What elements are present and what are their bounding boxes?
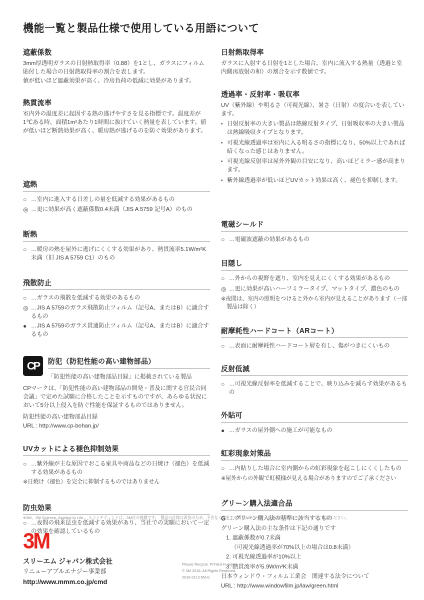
left-column: 遮蔽係数 3mm厚透明ガラスの日射熱取得率（0.88）を1とし、ガラスにフィルム… [23, 47, 210, 591]
circle-icon: ○ [221, 235, 229, 244]
filled-circle-icon: ● [221, 426, 229, 435]
section-heading: 防犯（防犯性能の高い建物部品） [48, 356, 210, 366]
section-heading: 反射低減 [221, 364, 408, 374]
circle-icon: ○ [23, 246, 31, 263]
bullet-item: • 可視光線透過率は室内に入る明るさの指標になり、50%以上であれば暗くなった感… [221, 139, 408, 156]
legend-item: ● …ガラスの屋外側への施工が可能なもの [221, 426, 408, 435]
section-heading: 防虫効果 [23, 503, 210, 513]
section-heading: 電磁シールド [221, 219, 408, 229]
circle-icon: ○ [221, 380, 229, 397]
legend-item: ○ …内貼りした場合に室内側からの虹彩現象を起こしにくくしたもの [221, 464, 408, 473]
legend-item: ○ …電磁波遮蔽の効果があるもの [221, 235, 408, 244]
body-text: ガラスに入射する日射を1とした場合、室内に流入する熱量（透過と室内側再放射の和）… [221, 60, 408, 77]
intro-text: UV（紫外線）や明るさ（可視光線）、暑さ（日射）の度合いを表しています。 [221, 101, 408, 118]
legend-text: …表面に耐摩耗性ハードコート層を有し、傷がつきにくいもの [229, 342, 408, 351]
heading-rule [48, 368, 210, 369]
document-page: 機能一覧と製品仕様で使用している用語について 遮蔽係数 3mm厚透明ガラスの日射… [0, 0, 424, 600]
legend-text: …内貼りした場合に室内側からの虹彩現象を起こしにくくしたもの [229, 464, 408, 473]
section-solar-heat-gain: 日射熱取得率 ガラスに入射する日射を1とした場合、室内に流入する熱量（透過と室内… [221, 47, 408, 77]
section-heat-shield: 遮熱 ○ …室内に進入する日差しの量を低減する効果があるもの ◎ …更に効果が高… [23, 179, 210, 214]
legend-item: ◎ …更に効果が高く遮蔽係数0.4未満（JIS A 5759 記号A）のもの [23, 205, 210, 214]
legend-item: ○ …表面に耐摩耗性ハードコート層を有し、傷がつきにくいもの [221, 342, 408, 351]
recycle-note: Please Recycle. Printed in Japan. [182, 562, 238, 568]
section-heading: 遮熱 [23, 179, 210, 189]
copyright-note: © 3M 2016. All Rights Reserved. [182, 568, 238, 574]
heading-rule [221, 337, 408, 338]
section-heading: UVカットによる褪色抑制効果 [23, 443, 210, 453]
footnote-text: ※夜間は、室内の照明をつけると外から室内が見えることがあります（一部製品は除く） [221, 295, 408, 311]
legend-text: …電磁波遮蔽の効果があるもの [229, 235, 408, 244]
legend-item: ● …JIS A 5759のガラス貫通防止フィルム（記号A、またはB）に適合する… [23, 322, 210, 339]
circle-icon: ○ [23, 195, 31, 204]
filled-circle-icon: ● [23, 322, 31, 339]
section-heading: 遮蔽係数 [23, 47, 210, 57]
section-shading-coefficient: 遮蔽係数 3mm厚透明ガラスの日射熱取得率（0.88）を1とし、ガラスにフィルム… [23, 47, 210, 85]
legend-text: …暖房の熱を屋外に逃げにくくする効果があり、熱貫流率5.1W/m²K未満（旧 J… [31, 246, 210, 263]
legend-item: ◎ …更に効果が高いハーフミラータイプ、マットタイプ、濃色のもの [221, 285, 408, 294]
heading-rule [221, 422, 408, 423]
legend-text: …JIS A 5759のガラス貫通防止フィルム（記号A、またはB）に適合するもの [31, 322, 210, 339]
double-circle-icon: ◎ [23, 205, 31, 214]
double-circle-icon: ◎ [23, 304, 31, 321]
bullet-item: • 日射反射率の大きい製品は熱線反射タイプ、日射吸収率の大きい製品は熱線吸収タイ… [221, 120, 408, 137]
page-content: 機能一覧と製品仕様で使用している用語について 遮蔽係数 3mm厚透明ガラスの日射… [0, 0, 424, 591]
legend-text: …更に効果が高く遮蔽係数0.4未満（JIS A 5759 記号A）のもの [31, 205, 210, 214]
section-heading: 透過率・反射率・吸収率 [221, 89, 408, 99]
section-exterior-application: 外貼可 ● …ガラスの屋外側への施工が可能なもの [221, 410, 408, 435]
heading-rule [221, 510, 408, 511]
legend-item: ○ …ガラスの飛散を低減する効果のあるもの [23, 294, 210, 303]
legend-text: …可視光線反射率を低減することで、映り込みを減らす効果があるもの [229, 380, 408, 397]
body-text: CPマークは、「防犯性能の高い建物部品の開発・普及に関する官民合同会議」で定めた… [23, 384, 210, 410]
heading-rule [221, 270, 408, 271]
heading-rule [221, 376, 408, 377]
legend-text: …ガラスの屋外側への施工が可能なもの [229, 426, 408, 435]
page-footer: ※3M、3M Science. Applied to Life.、スコッチティン… [23, 515, 406, 600]
3m-logo: 3M [23, 530, 49, 552]
section-crime-prevention: CP 防犯（防犯性能の高い建物部品） 「防犯性能の高い建物部品目録」に掲載されて… [23, 356, 210, 431]
url-text: URL : http://www.cp-bohan.jp/ [23, 422, 210, 431]
print-info: Please Recycle. Printed in Japan. © 3M 2… [182, 562, 238, 581]
circle-icon: ○ [221, 464, 229, 473]
section-transmittance-reflectance: 透過率・反射率・吸収率 UV（紫外線）や明るさ（可視光線）、暑さ（日射）の度合い… [221, 89, 408, 185]
section-heading: 外貼可 [221, 410, 408, 420]
two-column-layout: 遮蔽係数 3mm厚透明ガラスの日射熱取得率（0.88）を1とし、ガラスにフィルム… [23, 47, 404, 591]
legend-item: ○ …暖房の熱を屋外に逃げにくくする効果があり、熱貫流率5.1W/m²K未満（旧… [23, 246, 210, 263]
heading-rule [23, 191, 210, 192]
circle-icon: ○ [221, 342, 229, 351]
circle-icon: ○ [23, 460, 31, 477]
circle-icon: ○ [221, 275, 229, 284]
bullet-item: • 可視光線反射率は屋外外観の目安になり、高いほどミラー感が高まります。 [221, 158, 408, 175]
body-text: 値が低いほど遮蔽効果が高く、冷房負荷の低減に効果があります。 [23, 77, 210, 86]
section-reflection-reduction: 反射低減 ○ …可視光線反射率を低減することで、映り込みを減らす効果があるもの [221, 364, 408, 397]
heading-rule [221, 460, 408, 461]
section-heading: 断熱 [23, 229, 210, 239]
legend-text: …室内に進入する日差しの量を低減する効果があるもの [31, 195, 210, 204]
trademark-disclaimer: ※3M、3M Science. Applied to Life.、スコッチティン… [23, 515, 406, 521]
body-text: 3mm厚透明ガラスの日射熱取得率（0.88）を1とし、ガラスにフィルム貼付した場… [23, 60, 210, 77]
section-heading: 飛散防止 [23, 277, 210, 287]
legend-text: …JIS A 5759のガラス飛散防止フィルム（記号A、またはB）に適合するもの [31, 304, 210, 321]
cp-mark-logo-icon: CP [23, 356, 43, 376]
section-heading: 目隠し [221, 258, 408, 268]
legend-text: …更に効果が高いハーフミラータイプ、マットタイプ、濃色のもの [229, 285, 408, 294]
section-heat-transmission: 熱貫流率 室内外の温度差に起因する熱の逃げやすさを見る指標です。温度差が1℃ある… [23, 97, 210, 135]
section-heading: 熱貫流率 [23, 97, 210, 107]
page-title: 機能一覧と製品仕様で使用している用語について [23, 20, 404, 35]
cp-listed-text: 「防犯性能の高い建物部品目録」に掲載されている製品 [48, 372, 210, 380]
legend-item: ○ …外からの視野を遮り、室内を見えにくくする効果があるもの [221, 275, 408, 284]
legend-text: …ガラスの飛散を低減する効果のあるもの [31, 294, 210, 303]
print-code: 2016-0113-5M-E [182, 574, 238, 580]
legend-item: ○ …紫外線が主な原因でおこる家具や商品などの日焼け（褪色）を低減する効果がある… [23, 460, 210, 477]
section-insulation: 断熱 ○ …暖房の熱を屋外に逃げにくくする効果があり、熱貫流率5.1W/m²K未… [23, 229, 210, 262]
section-heading: 日射熱取得率 [221, 47, 408, 57]
section-heading: 虹彩現象対策品 [221, 448, 408, 458]
cp-header-row: CP 防犯（防犯性能の高い建物部品） 「防犯性能の高い建物部品目録」に掲載されて… [23, 356, 210, 381]
heading-rule [23, 241, 210, 242]
heading-rule [23, 289, 210, 290]
legend-text: …紫外線が主な原因でおこる家具や商品などの日焼け（褪色）を低減する効果があるもの [31, 460, 210, 477]
footnote-text: ※屋外からの外観で虹模様が見える場合がありますのでご了承ください [221, 475, 408, 483]
legend-text: …外からの視野を遮り、室内を見えにくくする効果があるもの [229, 275, 408, 284]
bullet-text: 紫外線透過率が低いほどUVカット効果は高く、褪色を抑制します。 [227, 176, 408, 185]
bullet-item: • 紫外線透過率が低いほどUVカット効果は高く、褪色を抑制します。 [221, 176, 408, 185]
cp-heading-block: 防犯（防犯性能の高い建物部品） 「防犯性能の高い建物部品目録」に掲載されている製… [48, 356, 210, 381]
catalog-title: 防犯性能の高い建物部品目録 [23, 413, 210, 422]
section-iridescence: 虹彩現象対策品 ○ …内貼りした場合に室内側からの虹彩現象を起こしにくくしたもの… [221, 448, 408, 483]
section-shatter-prevention: 飛散防止 ○ …ガラスの飛散を低減する効果のあるもの ◎ …JIS A 5759… [23, 277, 210, 339]
legend-item: ○ …可視光線反射率を低減することで、映り込みを減らす効果があるもの [221, 380, 408, 397]
section-uv-fade-control: UVカットによる褪色抑制効果 ○ …紫外線が主な原因でおこる家具や商品などの日焼… [23, 443, 210, 486]
right-column: 日射熱取得率 ガラスに入射する日射を1とした場合、室内に流入する熱量（透過と室内… [221, 47, 408, 591]
footer-main: 3M スリーエム ジャパン株式会社 リニューアブルエナジー事業部 http://… [23, 531, 406, 600]
legend-item: ○ …室内に進入する日差しの量を低減する効果があるもの [23, 195, 210, 204]
bullet-text: 可視光線透過率は室内に入る明るさの指標になり、50%以上であれば暗くなった感じは… [227, 139, 408, 156]
section-privacy: 目隠し ○ …外からの視野を遮り、室内を見えにくくする効果があるもの ◎ …更に… [221, 258, 408, 311]
section-heading: 耐摩耗性ハードコート（ARコート） [221, 325, 408, 335]
bullet-text: 可視光線反射率は屋外外観の目安になり、高いほどミラー感が高まります。 [227, 158, 408, 175]
body-text: 室内外の温度差に起因する熱の逃げやすさを見る指標です。温度差が1℃ある時、面積1… [23, 110, 210, 136]
section-hard-coat: 耐摩耗性ハードコート（ARコート） ○ …表面に耐摩耗性ハードコート層を有し、傷… [221, 325, 408, 350]
heading-rule [221, 231, 408, 232]
circle-icon: ○ [23, 294, 31, 303]
bullet-text: 日射反射率の大きい製品は熱線反射タイプ、日射吸収率の大きい製品は熱線吸収タイプと… [227, 120, 408, 137]
footnote-text: ※日焼け（褪色）を完全に抑制するものではありません [23, 479, 210, 487]
heading-rule [23, 455, 210, 456]
section-emi-shield: 電磁シールド ○ …電磁波遮蔽の効果があるもの [221, 219, 408, 244]
legend-item: ◎ …JIS A 5759のガラス飛散防止フィルム（記号A、またはB）に適合する… [23, 304, 210, 321]
double-circle-icon: ◎ [221, 285, 229, 294]
section-heading: グリーン購入法適合品 [221, 498, 408, 508]
